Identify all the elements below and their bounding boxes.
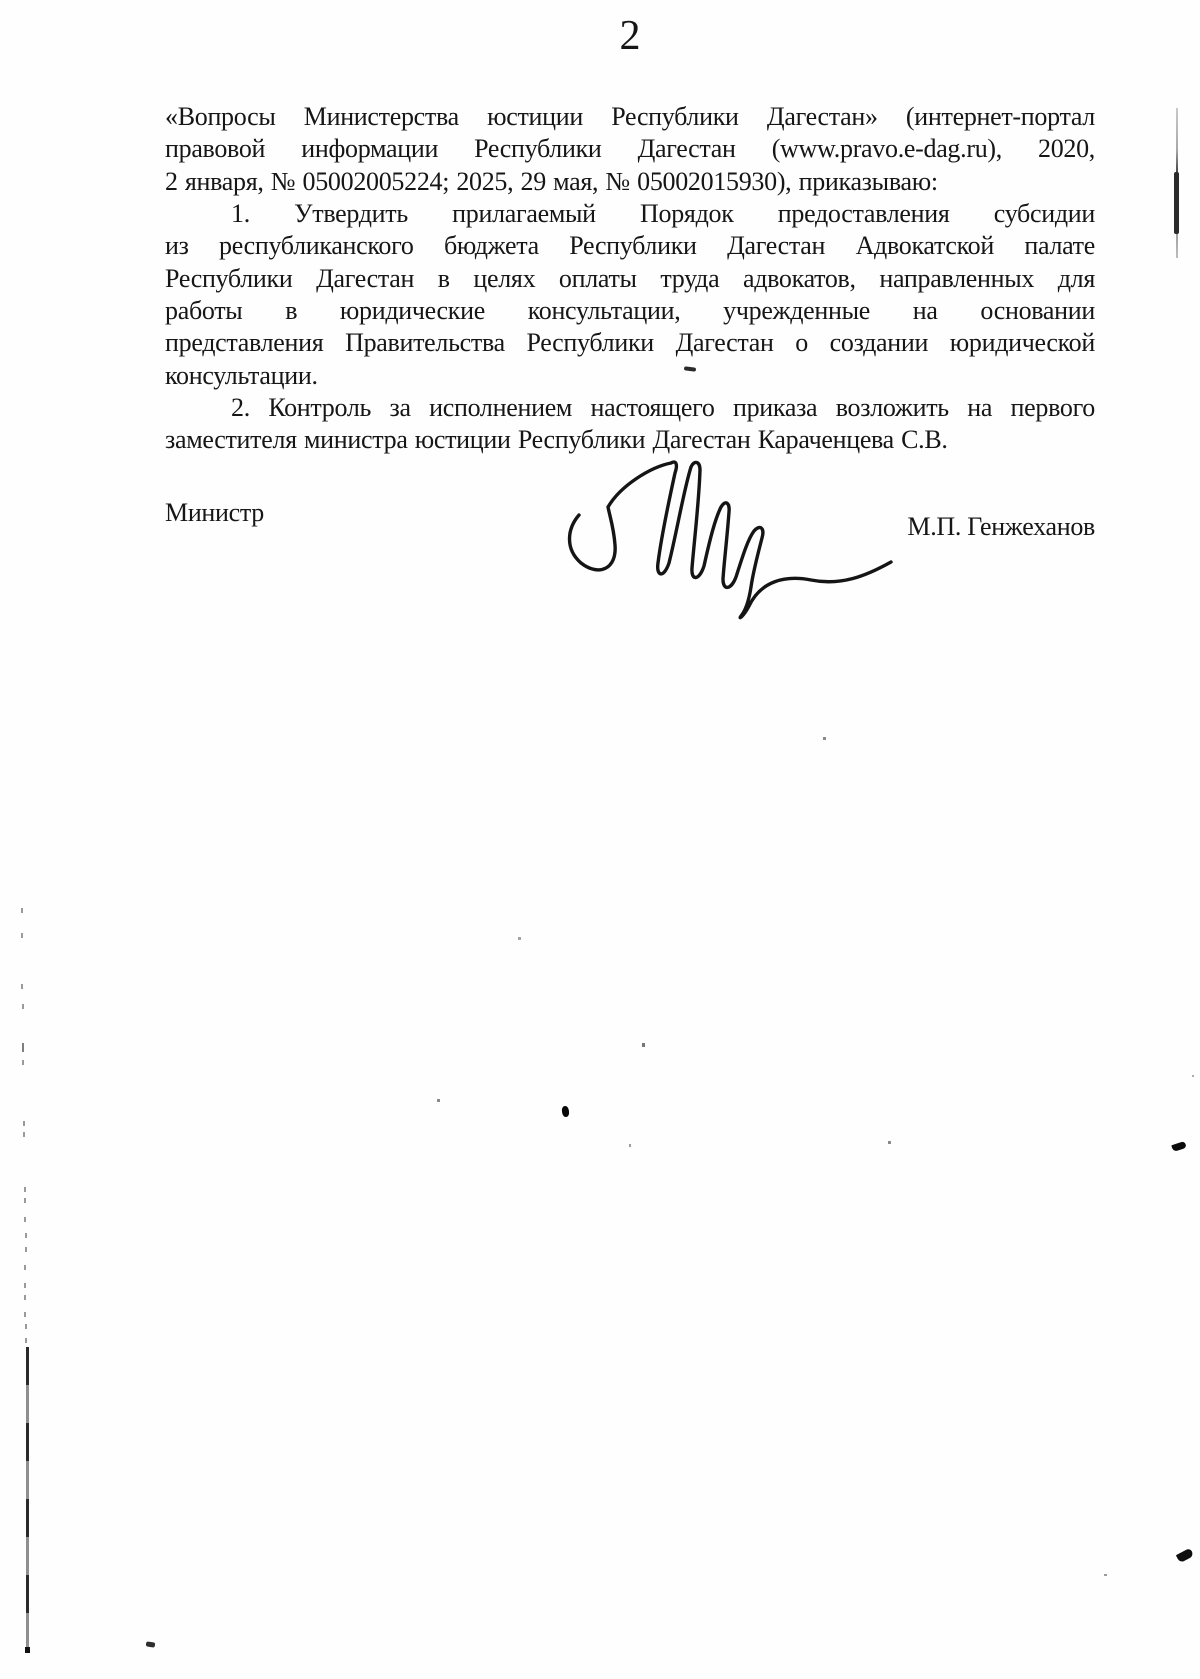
scan-artifact-comma-stroke [1176, 1548, 1194, 1563]
scan-artifact-tick [146, 1641, 156, 1647]
scan-speck [24, 1265, 26, 1270]
document-text-line: Республики Дагестан в целях оплаты труда… [165, 263, 1095, 295]
document-text-line: 1. Утвердить прилагаемый Порядок предост… [165, 198, 1095, 230]
scan-speck [24, 1198, 26, 1203]
scan-speck [24, 1283, 26, 1288]
scan-speck [888, 1141, 891, 1144]
scan-speck [21, 908, 23, 913]
document-text-line: правовой информации Республики Дагестан … [165, 133, 1095, 165]
scan-speck [22, 1004, 24, 1009]
page-number: 2 [165, 13, 1095, 59]
handwritten-signature [563, 455, 895, 623]
scan-speck [1104, 1574, 1107, 1576]
document-text-line: заместителя министра юстиции Республики … [165, 424, 1095, 456]
scan-speck [25, 1247, 27, 1252]
document-body: «Вопросы Министерства юстиции Республики… [165, 101, 1095, 457]
document-text-line: работы в юридические консультации, учреж… [165, 295, 1095, 327]
scan-speck [25, 1233, 27, 1238]
scan-speck [22, 1043, 24, 1052]
scan-speck [24, 1187, 26, 1192]
scan-speck [23, 1132, 25, 1137]
scan-speck [25, 1324, 27, 1329]
scanned-document-page: 2 «Вопросы Министерства юстиции Республи… [0, 0, 1200, 1679]
scan-speck [22, 1060, 24, 1065]
document-text-line: представления Правительства Республики Д… [165, 327, 1095, 359]
scan-artifact-left-line-end [25, 1647, 30, 1653]
scan-speck [24, 1217, 26, 1222]
scan-speck [24, 1295, 26, 1300]
scan-speck [437, 1099, 440, 1102]
signer-name: М.П. Генжеханов [907, 511, 1095, 543]
scan-artifact-tick [1171, 1141, 1186, 1152]
scan-artifact-ink-dot [561, 1106, 569, 1118]
document-text-line: 2 января, № 05002005224; 2025, 29 мая, №… [165, 166, 1095, 198]
document-text-line: 2. Контроль за исполнением настоящего пр… [165, 392, 1095, 424]
scan-speck [21, 933, 23, 938]
document-text-line: из республиканского бюджета Республики Д… [165, 230, 1095, 262]
document-text-line: «Вопросы Министерства юстиции Республики… [165, 101, 1095, 133]
signer-role: Министр [165, 497, 264, 529]
scan-speck [23, 1121, 25, 1126]
document-text-line: консультации. [165, 360, 1095, 392]
scan-speck [629, 1144, 631, 1147]
scan-artifact-right-line [1176, 108, 1178, 258]
scan-artifact-right-line-blob [1174, 172, 1179, 234]
scan-speck [25, 1338, 27, 1343]
scan-speck [21, 984, 23, 989]
scan-speck [24, 1312, 26, 1317]
scan-speck [823, 737, 826, 740]
scan-speck [642, 1043, 645, 1047]
scan-speck [518, 937, 521, 940]
scan-artifact-left-line [26, 1347, 29, 1652]
scan-speck [1192, 1075, 1194, 1077]
